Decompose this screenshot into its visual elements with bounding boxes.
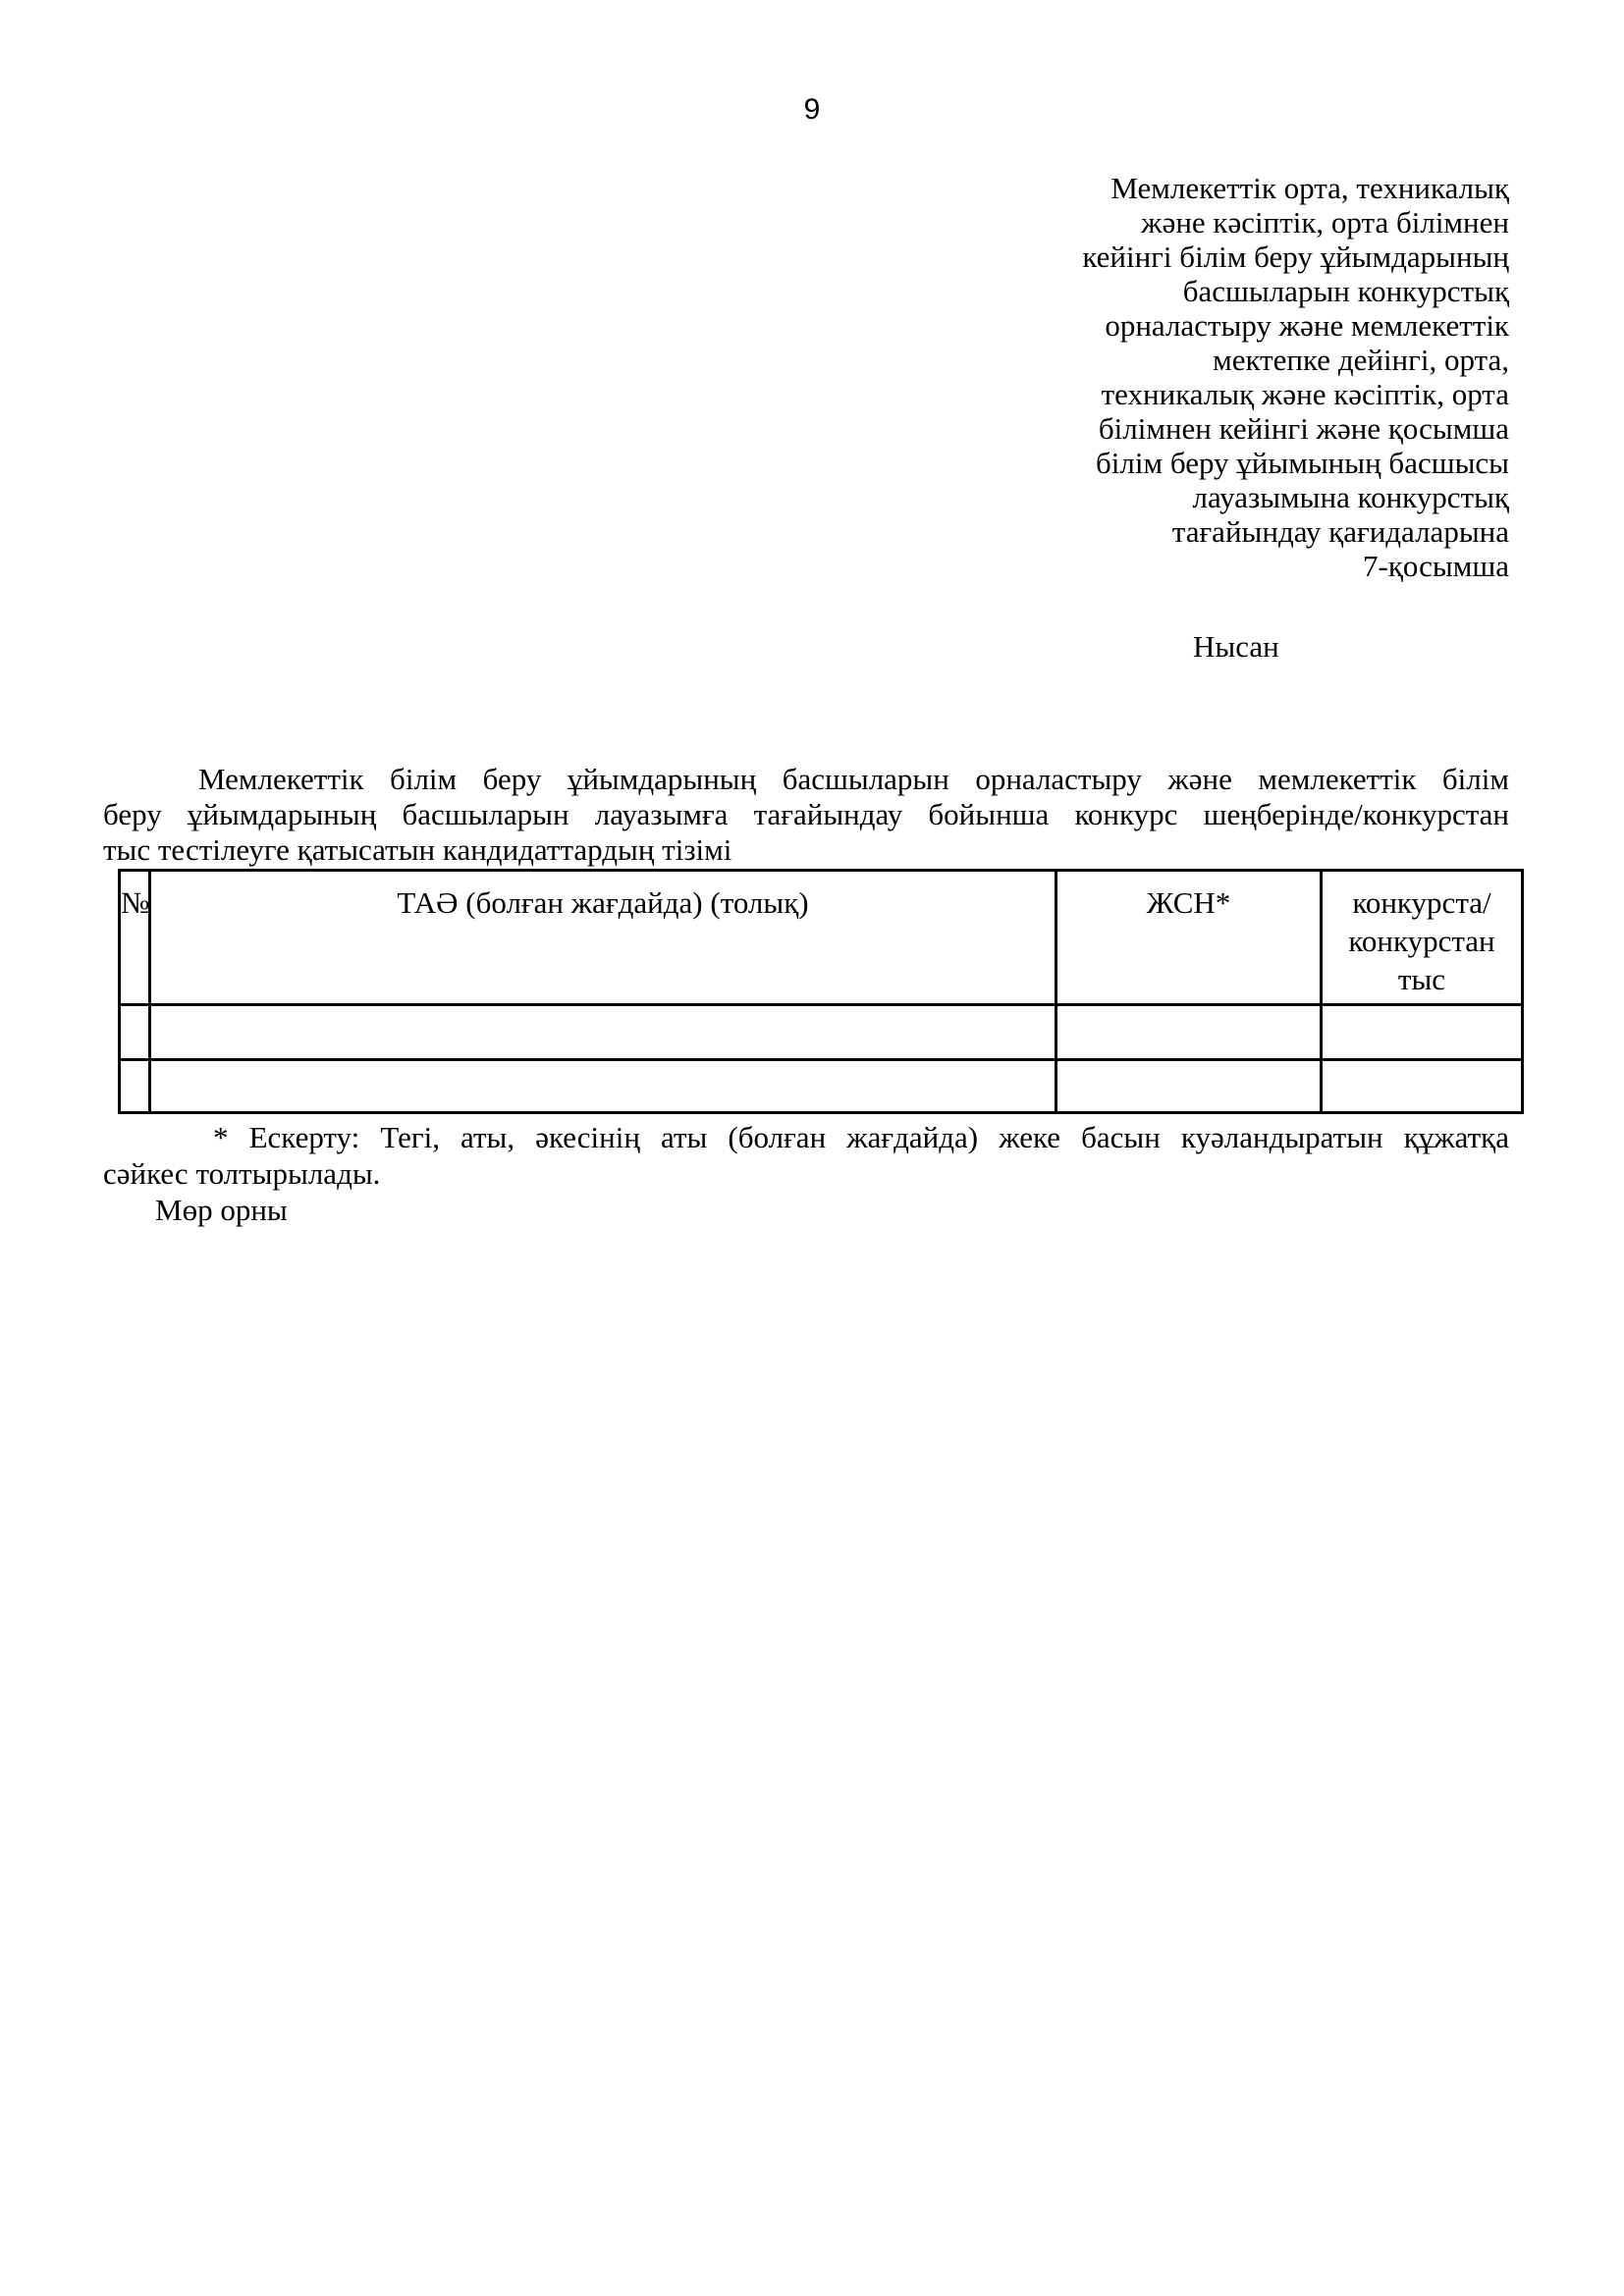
appendix-line: Мемлекеттік орта, техникалық — [959, 171, 1509, 205]
table-cell — [1056, 1005, 1322, 1060]
appendix-line: техникалық және кәсіптік, орта — [959, 377, 1509, 411]
appendix-reference-block: Мемлекеттік орта, техникалық және кәсіпт… — [959, 171, 1509, 583]
appendix-line: және кәсіптік, орта білімнен — [959, 205, 1509, 240]
appendix-line: білім беру ұйымының басшысы — [959, 446, 1509, 480]
intro-paragraph: Мемлекеттік білім беру ұйымдарының басшы… — [103, 762, 1509, 868]
appendix-line: лауазымына конкурстық — [959, 480, 1509, 514]
appendix-line: 7-қосымша — [959, 549, 1509, 583]
header-cell-iin: ЖСН* — [1056, 871, 1322, 1005]
intro-line: беру ұйымдарының басшыларын лауазымға та… — [103, 797, 1509, 832]
appendix-line: кейінгі білім беру ұйымдарының — [959, 240, 1509, 274]
appendix-line: білімнен кейінгі және қосымша — [959, 411, 1509, 446]
stamp-place-label: Мөр орны — [103, 1192, 1509, 1228]
header-cell-competition: конкурста/конкурстан тыс — [1322, 871, 1523, 1005]
table-cell — [1322, 1005, 1523, 1060]
table-row — [120, 1005, 1523, 1060]
document-page: 9 Мемлекеттік орта, техникалық және кәсі… — [0, 0, 1624, 2296]
header-cell-number: № — [120, 871, 150, 1005]
table-cell — [120, 1060, 150, 1113]
appendix-line: басшыларын конкурстық — [959, 274, 1509, 308]
candidates-table: № ТАӘ (болған жағдайда) (толық) ЖСН* кон… — [118, 869, 1524, 1114]
table-cell — [1056, 1060, 1322, 1113]
header-cell-fullname: ТАӘ (болған жағдайда) (толық) — [150, 871, 1056, 1005]
table-cell — [1322, 1060, 1523, 1113]
table-row — [120, 1060, 1523, 1113]
table-cell — [120, 1005, 150, 1060]
table-cell — [150, 1005, 1056, 1060]
page-number: 9 — [0, 94, 1624, 126]
footnote: * Ескерту: Тегі, аты, әкесінің аты (болғ… — [103, 1119, 1509, 1228]
footnote-line: * Ескерту: Тегі, аты, әкесінің аты (болғ… — [103, 1119, 1509, 1155]
appendix-line: тағайындау қағидаларына — [959, 514, 1509, 549]
footnote-line: сәйкес толтырылады. — [103, 1155, 1509, 1192]
intro-line: Мемлекеттік білім беру ұйымдарының басшы… — [103, 762, 1509, 797]
appendix-line: мектепке дейінгі, орта, — [959, 343, 1509, 377]
intro-line: тыс тестілеуге қатысатын кандидаттардың … — [103, 832, 1509, 868]
form-label: Нысан — [1193, 629, 1279, 664]
table-cell — [150, 1060, 1056, 1113]
appendix-line: орналастыру және мемлекеттік — [959, 308, 1509, 343]
table-header-row: № ТАӘ (болған жағдайда) (толық) ЖСН* кон… — [120, 871, 1523, 1005]
